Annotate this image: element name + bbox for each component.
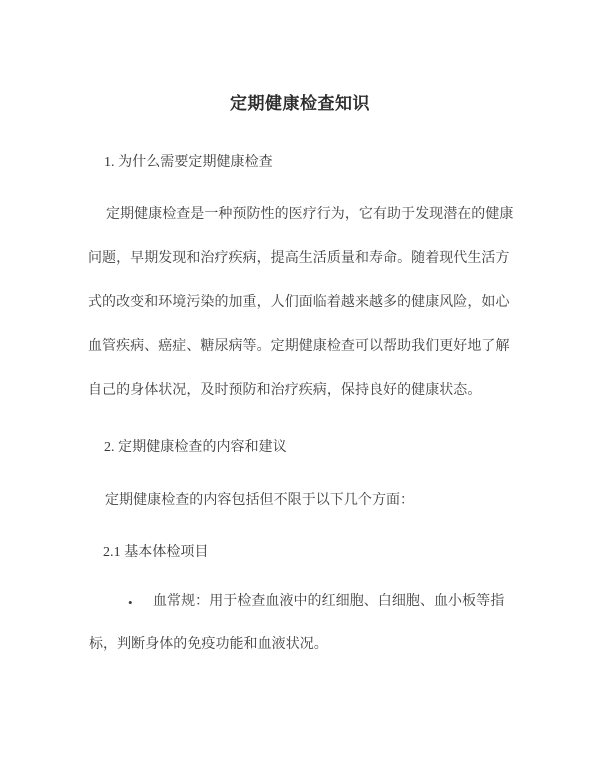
bullet-item-line-2: 标，判断身体的免疫功能和血液状况。	[89, 635, 328, 655]
section-1-paragraph-line-3: 式的改变和环境污染的加重，人们面临着越来越多的健康风险，如心	[88, 293, 510, 313]
section-2-intro-line: 定期健康检查的内容包括但不限于以下几个方面：	[105, 491, 414, 511]
section-1-heading: 1. 为什么需要定期健康检查	[104, 153, 273, 173]
section-1-paragraph-line-5: 自己的身体状况，及时预防和治疗疾病，保持良好的健康状态。	[88, 381, 481, 401]
document-page: 定期健康检查知识 1. 为什么需要定期健康检查 定期健康检查是一种预防性的医疗行…	[0, 0, 600, 776]
document-title: 定期健康检查知识	[0, 92, 600, 116]
bullet-item-line-1: 血常规：用于检查血液中的红细胞、白细胞、血小板等指	[153, 592, 504, 612]
section-2-heading: 2. 定期健康检查的内容和建议	[104, 438, 287, 458]
bullet-marker-icon: •	[128, 593, 133, 613]
section-1-paragraph-line-1: 定期健康检查是一种预防性的医疗行为，它有助于发现潜在的健康	[106, 205, 513, 225]
section-1-paragraph-line-4: 血管疾病、癌症、糖尿病等。定期健康检查可以帮助我们更好地了解	[88, 337, 510, 357]
section-1-paragraph-line-2: 问题，早期发现和治疗疾病，提高生活质量和寿命。随着现代生活方	[88, 249, 510, 269]
subsection-2-1-heading: 2.1 基本体检项目	[103, 543, 209, 563]
